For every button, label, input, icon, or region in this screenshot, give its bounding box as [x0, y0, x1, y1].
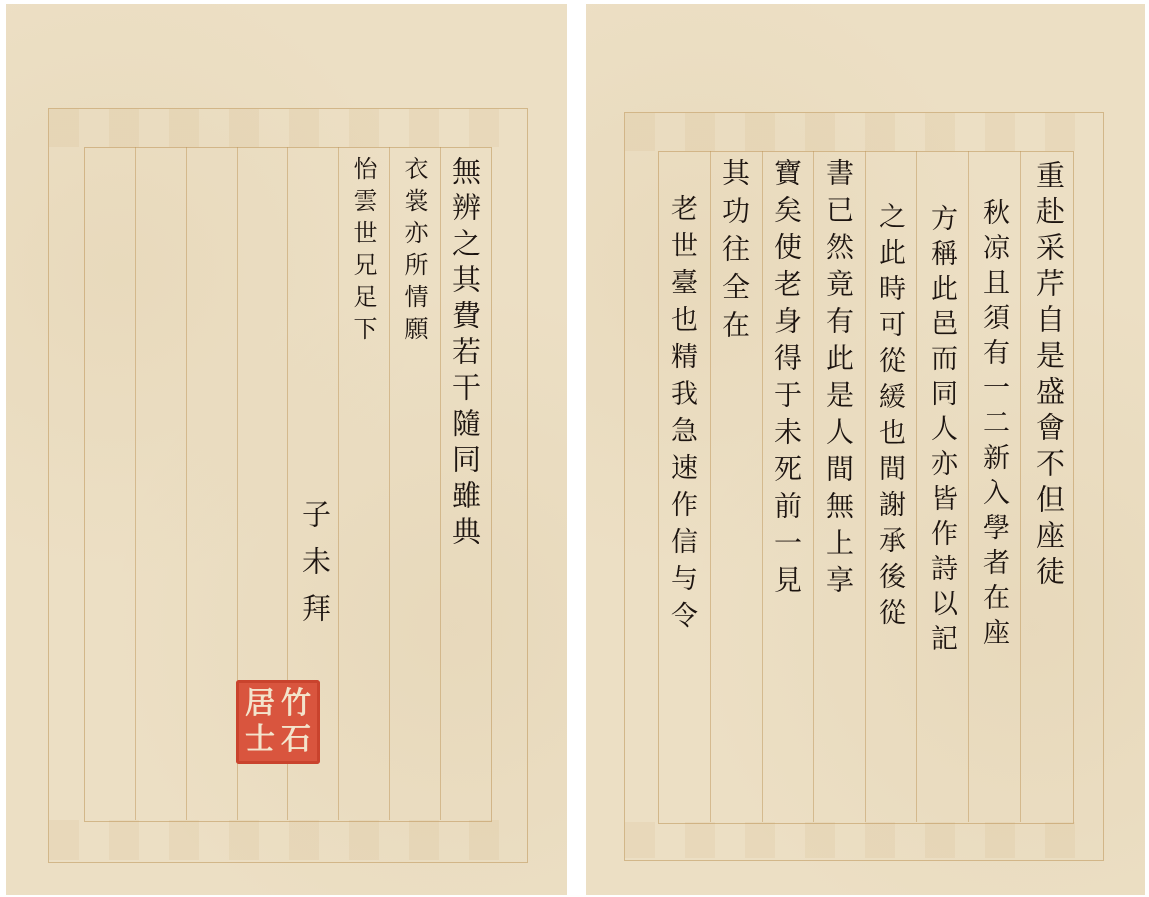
column-rule	[968, 151, 969, 822]
column-rule	[1020, 151, 1021, 822]
red-seal-stamp: 居 竹 士 石	[236, 680, 320, 764]
text-column: 秋凉且須有一二新入學者在座	[980, 198, 1007, 653]
text-column: 書已然竟有此是人間無上享	[824, 158, 852, 602]
column-rule	[135, 147, 136, 820]
text-column: 怡雲世兄足下	[351, 156, 375, 348]
column-rule	[710, 151, 711, 822]
text-column: 寶矣使老身得于未死前一見	[772, 158, 800, 602]
text-column: 衣裳亦所情願	[402, 156, 426, 348]
signature: 子未拜	[300, 499, 329, 640]
column-rule	[865, 151, 866, 822]
text-column: 之此時可從緩也間謝承後從	[876, 202, 903, 634]
decorative-band-bottom	[625, 822, 1102, 858]
column-rule	[813, 151, 814, 822]
right-page: 重赴采芹自是盛會不但座徒 秋凉且須有一二新入學者在座 方稱此邑而同人亦皆作詩以記…	[586, 4, 1145, 895]
column-rule	[338, 147, 339, 820]
seal-character: 石	[280, 724, 312, 756]
seal-character: 士	[244, 724, 276, 756]
decorative-band-top	[49, 109, 526, 147]
column-rule	[762, 151, 763, 822]
column-rule	[916, 151, 917, 822]
left-page: 無辨之其費若干隨同雖典 衣裳亦所情願 怡雲世兄足下 子未拜 居 竹 士 石	[6, 4, 567, 895]
text-column: 其功往全在	[720, 158, 748, 348]
seal-character: 竹	[280, 688, 312, 720]
text-column: 老世臺也精我急速作信与令	[668, 194, 695, 638]
decorative-band-top	[625, 113, 1102, 151]
column-rule	[186, 147, 187, 820]
column-rule	[440, 147, 441, 820]
text-column: 重赴采芹自是盛會不但座徒	[1034, 160, 1063, 592]
decorative-band-bottom	[49, 820, 526, 860]
column-rule	[389, 147, 390, 820]
seal-character: 居	[244, 688, 276, 720]
text-column: 無辨之其費若干隨同雖典	[450, 156, 479, 552]
text-column: 方稱此邑而同人亦皆作詩以記	[928, 204, 955, 659]
